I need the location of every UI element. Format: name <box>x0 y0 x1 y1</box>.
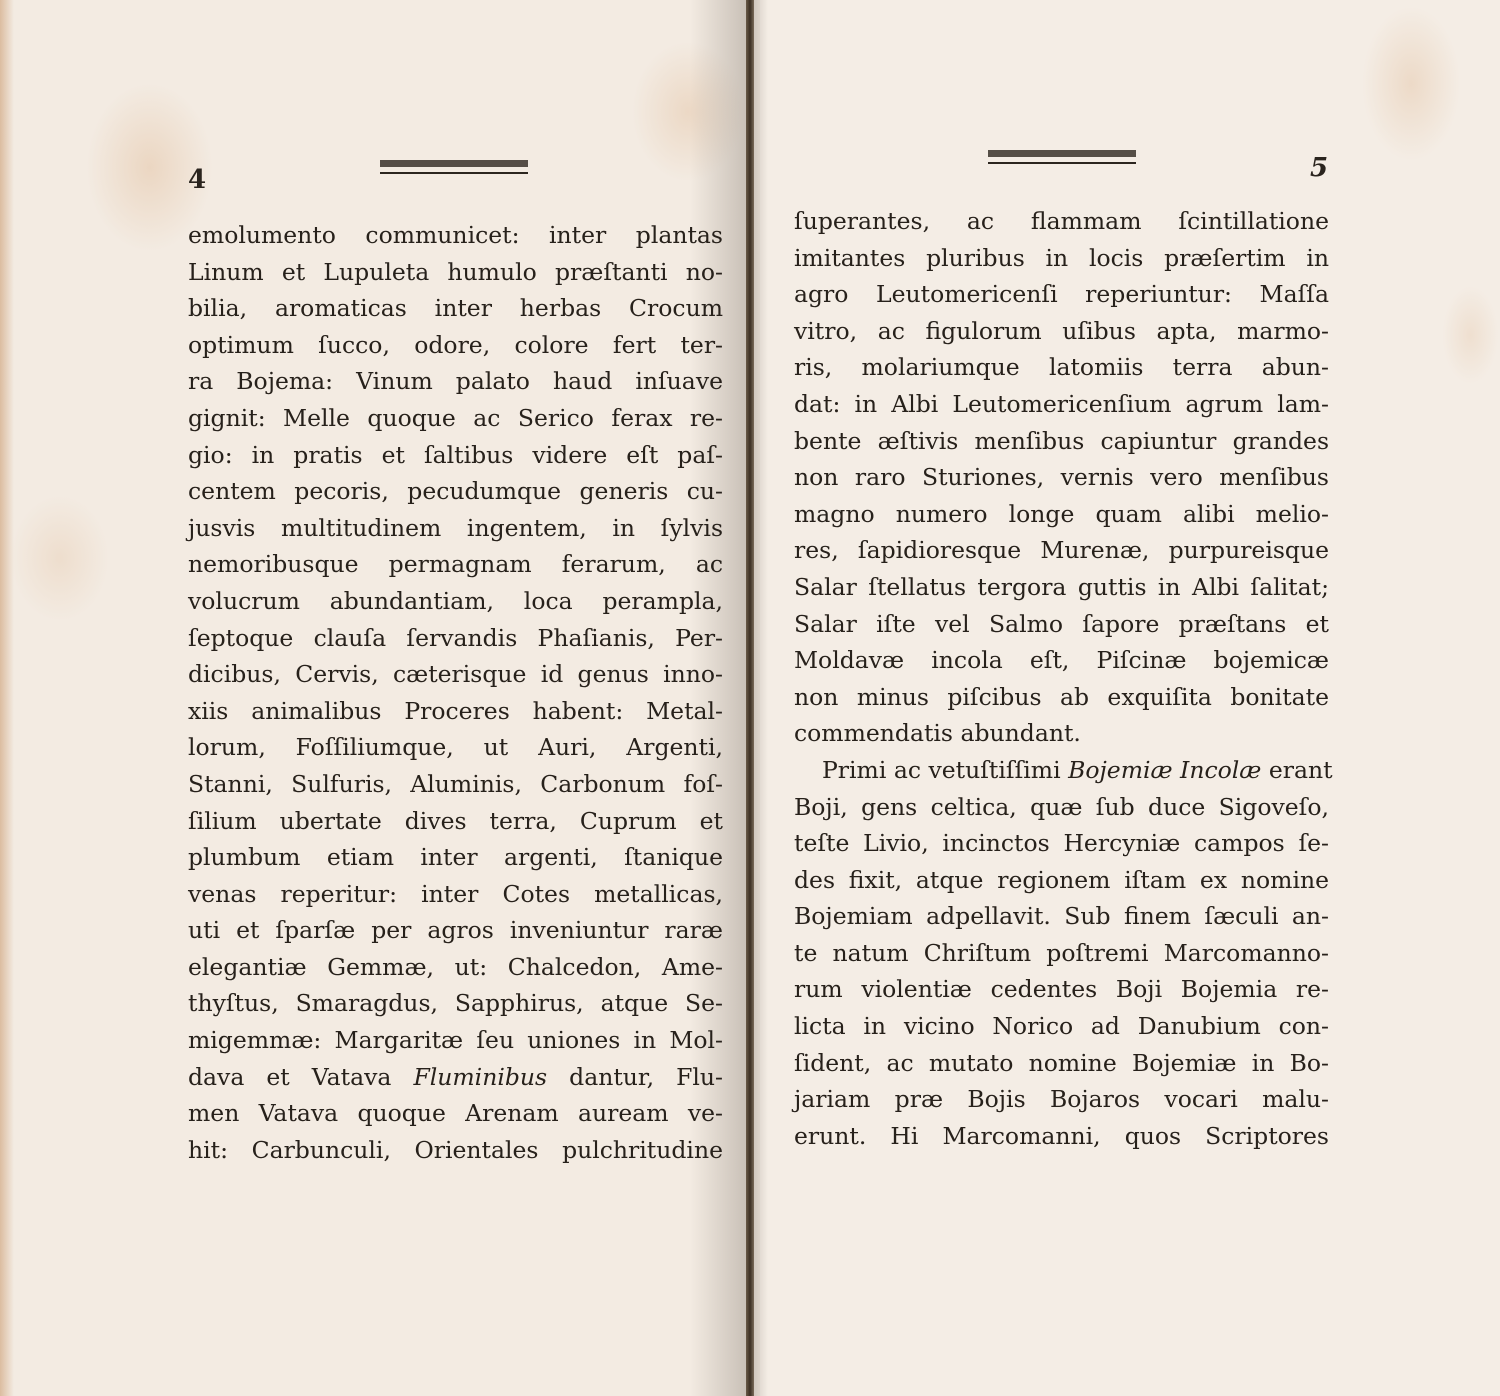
text-line: elegantiæ Gemmæ, ut: Chalcedon, Ame- <box>188 949 723 986</box>
page-edge-stain <box>0 0 14 1396</box>
text-line: agro Leutomericenſi reperiuntur: Maſſa <box>794 276 1329 313</box>
text-line: emolumento communicet: inter plantas <box>188 217 723 254</box>
text-line: des fixit, atque regionem iſtam ex nomin… <box>794 862 1329 899</box>
text-line: Salar ſtellatus tergora guttis in Albi ſ… <box>794 569 1329 606</box>
italic-term: Bojemiæ Incolæ <box>1068 756 1261 784</box>
text-line: uti et ſparſæ per agros inveniuntur raræ <box>188 912 723 949</box>
text-line: imitantes pluribus in locis præſertim in <box>794 240 1329 277</box>
text-line: venas reperitur: inter Cotes metallicas, <box>188 876 723 913</box>
text-line: plumbum etiam inter argenti, ſtanique <box>188 839 723 876</box>
book-spread: 4 emolumento communicet: inter plantas L… <box>0 0 1500 1396</box>
text-line: ſeptoque clauſa ſervandis Phaſianis, Per… <box>188 620 723 657</box>
text-line: jusvis multitudinem ingentem, in ſylvis <box>188 510 723 547</box>
text-line: men Vatava quoque Arenam auream ve- <box>188 1095 723 1132</box>
text-line: rum violentiæ cedentes Boji Bojemia re- <box>794 971 1329 1008</box>
text-line: Salar iſte vel Salmo ſapore præſtans et <box>794 606 1329 643</box>
text-line: migemmæ: Margaritæ ſeu uniones in Mol- <box>188 1022 723 1059</box>
text-line: gio: in pratis et ſaltibus videre eſt pa… <box>188 437 723 474</box>
header-ornament-rule <box>380 160 528 174</box>
text-line-mixed: dava et Vatava Fluminibus dantur, Flu- <box>188 1059 723 1096</box>
text-line: ris, molariumque latomiis terra abun- <box>794 349 1329 386</box>
text-line: magno numero longe quam alibi melio- <box>794 496 1329 533</box>
paragraph-end-line: commendatis abundant. <box>794 715 1329 752</box>
text-line: volucrum abundantiam, loca perampla, <box>188 583 723 620</box>
text-line: bente æſtivis menſibus capiuntur grandes <box>794 423 1329 460</box>
text-line: Boji, gens celtica, quæ ſub duce Sigoveſ… <box>794 789 1329 826</box>
text-line: dat: in Albi Leutomericenſium agrum lam- <box>794 386 1329 423</box>
text-line: ſilium ubertate dives terra, Cuprum et <box>188 803 723 840</box>
page-number: 5 <box>1310 153 1328 183</box>
text-line: Moldavæ incola eſt, Piſcinæ bojemicæ <box>794 642 1329 679</box>
text-line: Bojemiam adpellavit. Sub finem ſæculi an… <box>794 898 1329 935</box>
text-line: dicibus, Cervis, cæterisque id genus inn… <box>188 656 723 693</box>
text-line: teſte Livio, incinctos Hercyniæ campos ſ… <box>794 825 1329 862</box>
text-line: ra Bojema: Vinum palato haud inſuave <box>188 363 723 400</box>
text-run: Primi ac vetuſtiſſimi <box>822 756 1068 784</box>
text-run: erant <box>1261 756 1332 784</box>
text-line: thyſtus, Smaragdus, Sapphirus, atque Se- <box>188 985 723 1022</box>
text-line: res, ſapidioresque Murenæ, purpureisque <box>794 532 1329 569</box>
body-text: ſuperantes, ac flammam ſcintillatione im… <box>794 203 1329 1154</box>
text-line: centem pecoris, pecudumque generis cu- <box>188 473 723 510</box>
text-line: optimum ſucco, odore, colore fert ter- <box>188 327 723 364</box>
header-ornament-rule <box>988 150 1136 164</box>
left-page: 4 emolumento communicet: inter plantas L… <box>0 0 748 1396</box>
text-run: dava et Vatava <box>188 1063 413 1091</box>
text-line: ſuperantes, ac flammam ſcintillatione <box>794 203 1329 240</box>
text-line: erunt. Hi Marcomanni, quos Scriptores <box>794 1118 1329 1155</box>
text-line: lorum, Foſſiliumque, ut Auri, Argenti, <box>188 729 723 766</box>
paragraph-start-line: Primi ac vetuſtiſſimi Bojemiæ Incolæ era… <box>794 752 1329 789</box>
italic-term: Fluminibus <box>413 1063 547 1091</box>
text-line: ſident, ac mutato nomine Bojemiæ in Bo- <box>794 1045 1329 1082</box>
text-line: xiis animalibus Proceres habent: Metal- <box>188 693 723 730</box>
text-line: te natum Chriſtum poſtremi Marcomanno- <box>794 935 1329 972</box>
gutter-shadow <box>754 0 768 1396</box>
text-line: gignit: Melle quoque ac Serico ferax re- <box>188 400 723 437</box>
text-line: non raro Sturiones, vernis vero menſibus <box>794 459 1329 496</box>
body-text: emolumento communicet: inter plantas Lin… <box>188 217 723 1168</box>
text-line: jariam præ Bojis Bojaros vocari malu- <box>794 1081 1329 1118</box>
text-line: hit: Carbunculi, Orientales pulchritudin… <box>188 1132 723 1169</box>
text-line: vitro, ac figulorum uſibus apta, marmo- <box>794 313 1329 350</box>
text-line: bilia, aromaticas inter herbas Crocum <box>188 290 723 327</box>
text-line: Stanni, Sulfuris, Aluminis, Carbonum foſ… <box>188 766 723 803</box>
text-line: Linum et Lupuleta humulo præſtanti no- <box>188 254 723 291</box>
text-run: dantur, Flu- <box>547 1063 723 1091</box>
book-gutter <box>746 0 754 1396</box>
text-line: nemoribusque permagnam ferarum, ac <box>188 546 723 583</box>
text-line: licta in vicino Norico ad Danubium con- <box>794 1008 1329 1045</box>
right-page: 5 ſuperantes, ac flammam ſcintillatione … <box>760 0 1500 1396</box>
page-number: 4 <box>188 165 206 195</box>
text-line: non minus piſcibus ab exquiſita bonitate <box>794 679 1329 716</box>
